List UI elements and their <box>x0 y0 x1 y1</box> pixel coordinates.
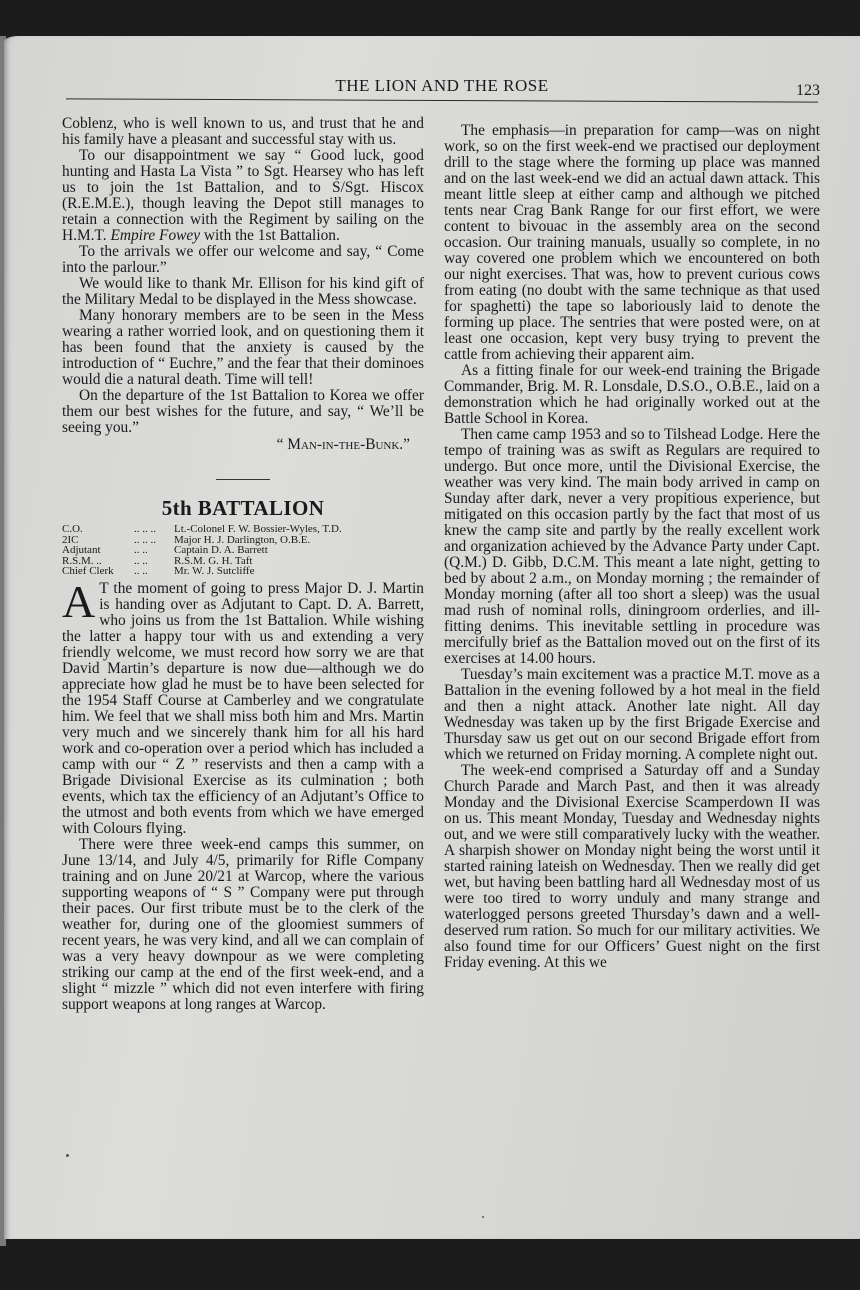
paper-speck <box>66 1154 69 1157</box>
leader-dots: .. .. <box>134 566 170 577</box>
paragraph-text: T the moment of going to press Major D. … <box>62 580 424 837</box>
paragraph: Coblenz, who is well known to us, and tr… <box>62 116 424 148</box>
officer-role: C.O. <box>62 524 134 535</box>
paragraph-text: with the 1st Battalion. <box>200 227 340 244</box>
drop-cap: A <box>62 584 95 620</box>
officers-table: C.O... .. ..Lt.-Colonel F. W. Bossier-Wy… <box>62 524 424 577</box>
officer-name: Lt.-Colonel F. W. Bossier-Wyles, T.D. <box>170 524 424 535</box>
officer-role: Chief Clerk <box>62 566 134 577</box>
paragraph: Then came camp 1953 and so to Tilshead L… <box>444 427 820 667</box>
leader-dots: .. .. .. <box>134 524 170 535</box>
paragraph: AT the moment of going to press Major D.… <box>62 581 424 837</box>
paragraph: To the arrivals we offer our welcome and… <box>62 244 424 276</box>
running-header: THE LION AND THE ROSE 123 <box>66 74 818 102</box>
left-column: Coblenz, who is well known to us, and tr… <box>62 116 424 1013</box>
paragraph: The emphasis—in preparation for camp—was… <box>444 123 820 363</box>
header-rule <box>66 98 818 102</box>
publication-title: THE LION AND THE ROSE <box>66 76 818 96</box>
paragraph: To our disappointment we say “ Good luck… <box>62 148 424 244</box>
officer-row: C.O... .. ..Lt.-Colonel F. W. Bossier-Wy… <box>62 524 424 535</box>
ship-name: Empire Fowey <box>110 227 200 244</box>
paragraph: The week-end comprised a Saturday off an… <box>444 763 820 971</box>
paragraph: As a fitting finale for our week-end tra… <box>444 363 820 427</box>
section-heading: 5th BATTALION <box>62 497 424 519</box>
author-signature: “ Man-in-the-Bunk.” <box>62 437 410 453</box>
officer-row: Chief Clerk.. ..Mr. W. J. Sutcliffe <box>62 566 424 577</box>
paragraph: There were three week-end camps this sum… <box>62 837 424 1013</box>
section-divider <box>216 479 270 480</box>
page-number: 123 <box>796 82 820 100</box>
paragraph: We would like to thank Mr. Ellison for h… <box>62 276 424 308</box>
paragraph: Many honorary members are to be seen in … <box>62 308 424 388</box>
right-column: The emphasis—in preparation for camp—was… <box>444 123 820 971</box>
paper-speck <box>482 1216 484 1218</box>
paragraph: Tuesday’s main excitement was a practice… <box>444 667 820 763</box>
paragraph: On the departure of the 1st Battalion to… <box>62 388 424 436</box>
officer-name: Mr. W. J. Sutcliffe <box>170 566 424 577</box>
